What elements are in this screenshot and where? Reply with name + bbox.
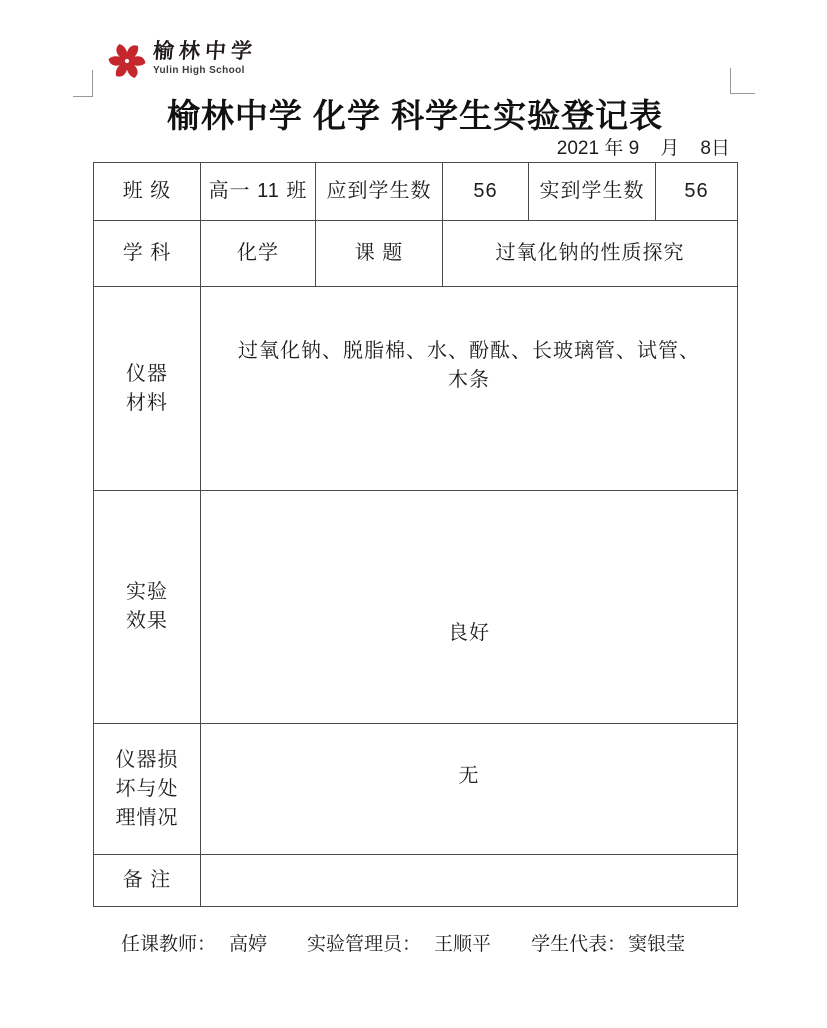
signature-lab-manager: 实验管理员： 王顺平 xyxy=(307,929,491,956)
signature-name: 高婷 xyxy=(229,929,267,956)
date-line: 2021 年 9 月 8日 xyxy=(93,133,730,160)
school-name-en: Yulin High School xyxy=(153,66,257,76)
topic-value-cell: 过氧化钠的性质探究 xyxy=(443,221,738,287)
subject-label-cell: 学 科 xyxy=(94,221,201,287)
signature-row: 任课教师： 高婷 实验管理员： 王顺平 学生代表： 窦银莹 xyxy=(121,929,685,956)
signature-teacher: 任课教师： 高婷 xyxy=(121,929,267,956)
signature-name: 窦银莹 xyxy=(628,929,685,956)
subject-value-cell: 化学 xyxy=(201,221,316,287)
damage-value-cell: 无 xyxy=(201,724,738,855)
document-page: 榆林中学 Yulin High School 榆林中学 化学 科学生实验登记表 … xyxy=(0,0,827,1028)
actual-count-value-cell: 56 xyxy=(656,163,738,221)
actual-count-label-cell: 实到学生数 xyxy=(529,163,656,221)
school-logo-text: 榆林中学 Yulin High School xyxy=(153,41,257,76)
damage-label-cell: 仪器损 坏与处 理情况 xyxy=(94,724,201,855)
effect-label-cell: 实验 效果 xyxy=(94,491,201,724)
signature-student-rep: 学生代表： 窦银莹 xyxy=(531,929,685,956)
materials-value-cell: 过氧化钠、脱脂棉、水、酚酞、长玻璃管、试管、 木条 xyxy=(201,287,738,491)
effect-value-cell: 良好 xyxy=(201,491,738,724)
topic-label-cell: 课 题 xyxy=(316,221,443,287)
signature-label: 任课教师： xyxy=(121,929,216,956)
signature-label: 实验管理员： xyxy=(307,929,421,956)
crop-mark-top-left xyxy=(73,96,93,97)
materials-label-cell: 仪器 材料 xyxy=(94,287,201,491)
page-title: 榆林中学 化学 科学生实验登记表 xyxy=(93,90,737,137)
class-value-cell: 高一 11 班 xyxy=(201,163,316,221)
signature-name: 王顺平 xyxy=(434,929,491,956)
signature-label: 学生代表： xyxy=(531,929,626,956)
expected-count-label-cell: 应到学生数 xyxy=(316,163,443,221)
school-name-zh: 榆林中学 xyxy=(152,41,257,62)
experiment-registration-table: 班 级 高一 11 班 应到学生数 56 实到学生数 56 学 科 化学 课 题… xyxy=(93,162,738,907)
expected-count-value-cell: 56 xyxy=(443,163,529,221)
remark-value-cell xyxy=(201,855,738,907)
remark-label-cell: 备 注 xyxy=(94,855,201,907)
school-pinwheel-logo-icon xyxy=(106,40,148,82)
class-label-cell: 班 级 xyxy=(94,163,201,221)
